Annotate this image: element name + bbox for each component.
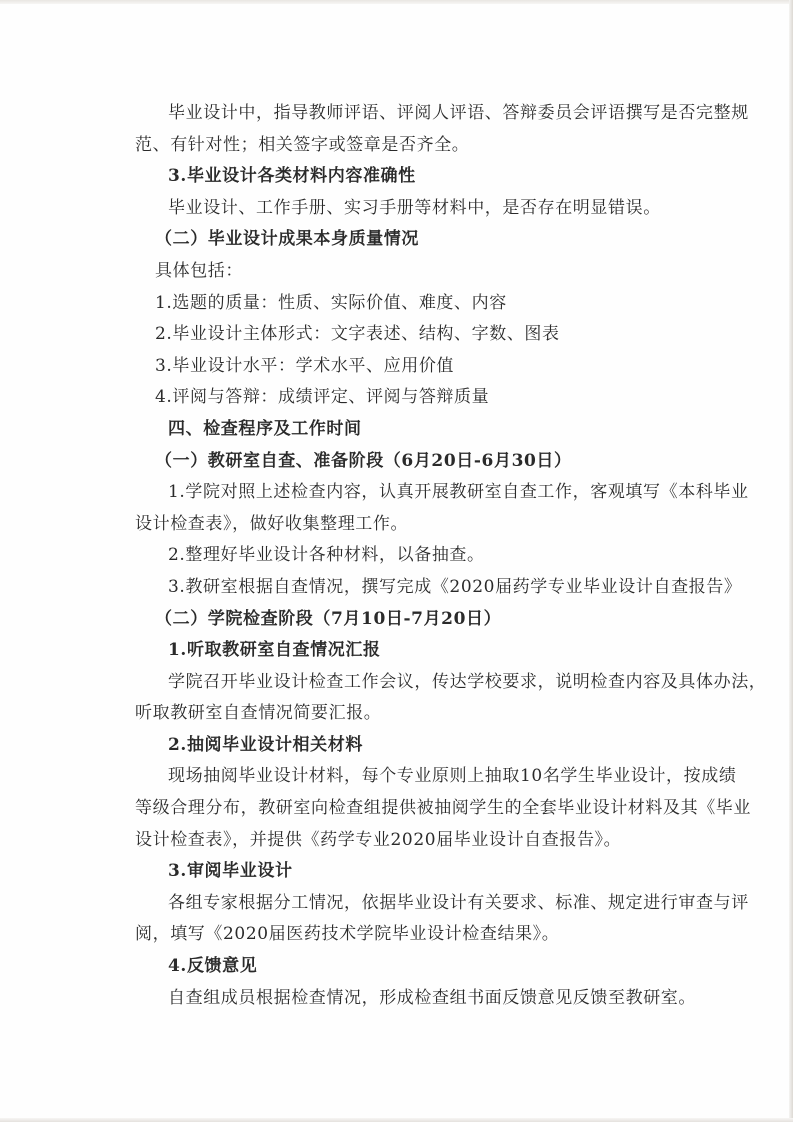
paragraph-line: 各组专家根据分工情况，依据毕业设计有关要求、标准、规定进行审查与评 xyxy=(135,888,683,920)
paragraph-line: 2.整理好毕业设计各种材料，以备抽查。 xyxy=(135,540,683,572)
scan-border-top xyxy=(0,0,793,4)
paragraph-line: 自查组成员根据检查情况，形成检查组书面反馈意见反馈至教研室。 xyxy=(135,983,683,1015)
paragraph-line: 现场抽阅毕业设计材料，每个专业原则上抽取10名学生毕业设计，按成绩 xyxy=(135,761,683,793)
section-heading: （二）学院检查阶段（7月10日-7月20日） xyxy=(135,604,683,636)
paragraph-line: 学院召开毕业设计检查工作会议，传达学校要求，说明检查内容及具体办法， xyxy=(135,667,683,699)
document-page: 毕业设计中，指导教师评语、评阅人评语、答辩委员会评语撰写是否完整规范、有针对性；… xyxy=(0,0,793,1122)
scan-border-right xyxy=(789,0,793,1122)
paragraph-line: 2.毕业设计主体形式：文字表述、结构、字数、图表 xyxy=(135,319,683,351)
section-heading: 1.听取教研室自查情况汇报 xyxy=(135,635,683,667)
section-heading: 3.毕业设计各类材料内容准确性 xyxy=(135,161,683,193)
section-heading: 2.抽阅毕业设计相关材料 xyxy=(135,730,683,762)
section-heading: 4.反馈意见 xyxy=(135,951,683,983)
document-body: 毕业设计中，指导教师评语、评阅人评语、答辩委员会评语撰写是否完整规范、有针对性；… xyxy=(135,98,683,1014)
paragraph-line: 阅，填写《2020届医药技术学院毕业设计检查结果》。 xyxy=(135,919,683,951)
section-heading: （一）教研室自查、准备阶段（6月20日-6月30日） xyxy=(135,446,683,478)
paragraph-line: 3.教研室根据自查情况，撰写完成《2020届药学专业毕业设计自查报告》 xyxy=(135,572,683,604)
paragraph-line: 1.学院对照上述检查内容，认真开展教研室自查工作，客观填写《本科毕业 xyxy=(135,477,683,509)
paragraph-line: 范、有针对性；相关签字或签章是否齐全。 xyxy=(135,130,683,162)
paragraph-line: 3.毕业设计水平：学术水平、应用价值 xyxy=(135,351,683,383)
paragraph-line: 设计检查表》，做好收集整理工作。 xyxy=(135,509,683,541)
scan-border-bottom xyxy=(0,1118,793,1122)
paragraph-line: 4.评阅与答辩：成绩评定、评阅与答辩质量 xyxy=(135,382,683,414)
paragraph-line: 具体包括： xyxy=(135,256,683,288)
section-heading: （二）毕业设计成果本身质量情况 xyxy=(135,224,683,256)
paragraph-line: 等级合理分布，教研室向检查组提供被抽阅学生的全套毕业设计材料及其《毕业 xyxy=(135,793,683,825)
section-heading: 四、检查程序及工作时间 xyxy=(135,414,683,446)
paragraph-line: 毕业设计、工作手册、实习手册等材料中，是否存在明显错误。 xyxy=(135,193,683,225)
paragraph-line: 1.选题的质量：性质、实际价值、难度、内容 xyxy=(135,288,683,320)
paragraph-line: 设计检查表》，并提供《药学专业2020届毕业设计自查报告》。 xyxy=(135,825,683,857)
paragraph-line: 毕业设计中，指导教师评语、评阅人评语、答辩委员会评语撰写是否完整规 xyxy=(135,98,683,130)
paragraph-line: 听取教研室自查情况简要汇报。 xyxy=(135,698,683,730)
section-heading: 3.审阅毕业设计 xyxy=(135,856,683,888)
